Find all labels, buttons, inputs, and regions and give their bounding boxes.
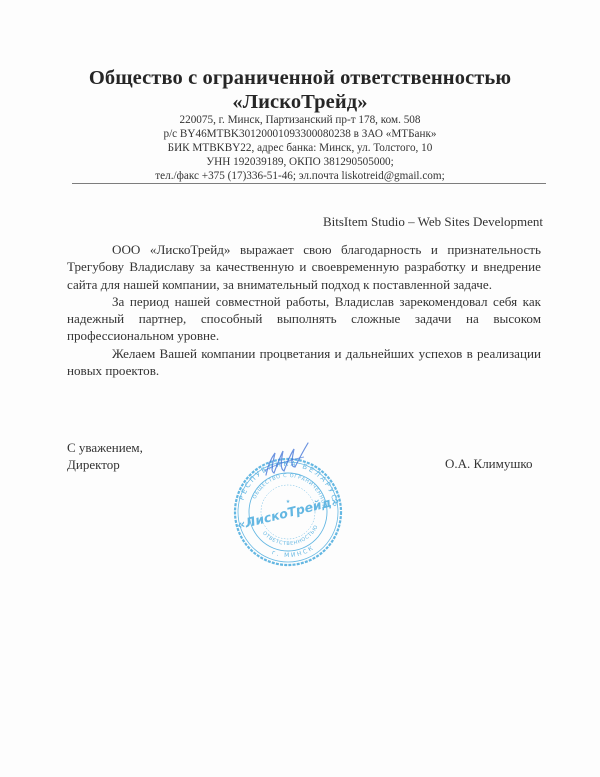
stamp-seal-icon: РЕСПУБЛИКА БЕЛАРУСЬ ОБЩЕСТВО С ОГРАНИЧЕН… (228, 435, 348, 570)
svg-text:★: ★ (286, 499, 291, 505)
addressee: BitsItem Studio – Web Sites Development (300, 214, 543, 230)
body-paragraph: За период нашей совместной работы, Влади… (67, 293, 541, 345)
letter-page: Общество с ограниченной ответственностью… (0, 0, 600, 777)
letter-body: ООО «ЛискоТрейд» выражает свою благодарн… (67, 241, 541, 379)
signer-name: О.А. Климушко (445, 455, 533, 472)
company-stamp: РЕСПУБЛИКА БЕЛАРУСЬ ОБЩЕСТВО С ОГРАНИЧЕН… (228, 435, 348, 570)
letterhead-divider (72, 183, 546, 184)
organization-title-line2: «ЛискоТрейд» (0, 89, 600, 115)
body-paragraph: Желаем Вашей компании процветания и даль… (67, 345, 541, 380)
body-paragraph: ООО «ЛискоТрейд» выражает свою благодарн… (67, 241, 541, 293)
organization-title-line1: Общество с ограниченной ответственностью (0, 65, 600, 91)
requisites-bank-account: р/с BY46MTBK30120001093300080238 в ЗАО «… (0, 127, 600, 141)
requisites-contacts: тел./факс +375 (17)336-51-46; эл.почта l… (0, 169, 600, 183)
closing-regards: С уважением, (67, 439, 143, 456)
requisites-bank-code: БИК MTBKBY22, адрес банка: Минск, ул. То… (0, 141, 600, 155)
signer-position: Директор (67, 456, 143, 473)
closing-block: С уважением, Директор (67, 439, 143, 473)
requisites-address: 220075, г. Минск, Партизанский пр-т 178,… (0, 113, 600, 127)
requisites-tax-ids: УНН 192039189, ОКПО 381290505000; (0, 155, 600, 169)
